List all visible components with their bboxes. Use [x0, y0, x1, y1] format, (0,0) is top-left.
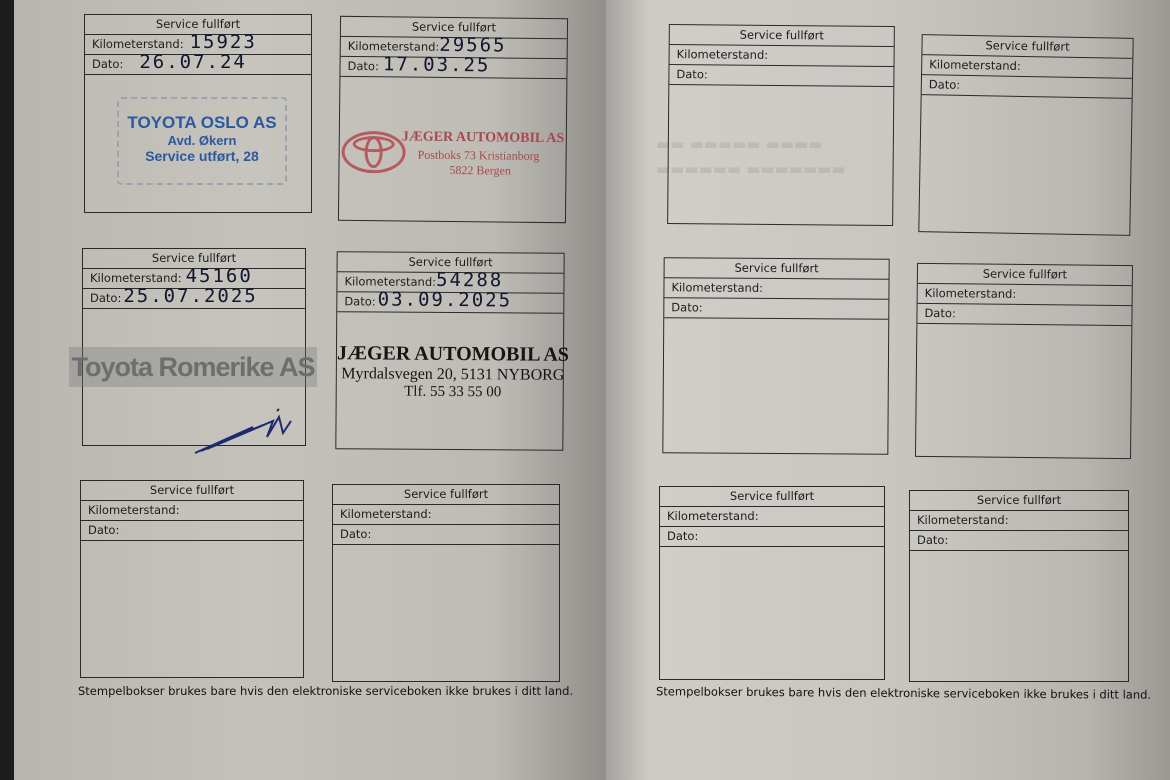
date-row: Dato:03.09.2025 — [337, 292, 563, 314]
km-label: Kilometerstand: — [88, 503, 180, 517]
stamp-line3: Service utført, 28 — [119, 148, 285, 164]
service-box: Service fullført Kilometerstand: Dato: — [915, 263, 1133, 459]
date-label: Dato: — [671, 300, 702, 314]
km-label: Kilometerstand: — [344, 274, 436, 289]
date-label: Dato: — [917, 533, 948, 547]
stamp-line2: Myrdalsvegen 20, 5131 NYBORG — [327, 365, 579, 385]
km-row: Kilometerstand: — [660, 507, 884, 527]
stamp-name: JÆGER AUTOMOBIL AS — [402, 129, 565, 147]
signature — [193, 407, 293, 457]
footer-note: Stempelbokser brukes bare hvis den elekt… — [78, 684, 573, 698]
date-row: Dato:26.07.24 — [85, 55, 311, 75]
stamp-name: TOYOTA OSLO AS — [119, 113, 285, 133]
box-title: Service fullført — [665, 258, 889, 280]
stamp-name: JÆGER AUTOMOBIL AS — [327, 342, 579, 367]
stamp-area — [668, 85, 893, 224]
date-value: 03.09.2025 — [378, 290, 513, 310]
date-label: Dato: — [90, 291, 121, 305]
km-label: Kilometerstand: — [917, 513, 1009, 527]
stamp-area: JÆGER AUTOMOBIL AS Myrdalsvegen 20, 5131… — [336, 312, 563, 449]
km-label: Kilometerstand: — [348, 39, 440, 54]
service-box: Service fullført Kilometerstand: Dato: — [909, 490, 1129, 682]
box-title: Service fullført — [670, 25, 894, 47]
stamp-area: JÆGER AUTOMOBIL AS Postboks 73 Kristianb… — [339, 77, 566, 221]
service-box: Service fullført Kilometerstand: Dato: — [918, 34, 1133, 236]
service-box: Service fullført Kilometerstand: Dato: — [80, 480, 304, 678]
service-box: Service fullført Kilometerstand:15923 Da… — [84, 14, 312, 213]
stamp-line3: Tlf. 55 33 55 00 — [327, 383, 579, 402]
date-label: Dato: — [88, 523, 119, 537]
dealer-stamp: TOYOTA OSLO AS Avd. Økern Service utført… — [117, 97, 287, 185]
box-title: Service fullført — [660, 487, 884, 507]
service-box: Service fullført Kilometerstand:54288 Da… — [335, 251, 564, 451]
date-value: 25.07.2025 — [123, 287, 257, 306]
km-row: Kilometerstand: — [81, 501, 303, 521]
km-label: Kilometerstand: — [671, 280, 763, 295]
date-row: Dato: — [669, 65, 893, 87]
date-row: Dato:17.03.25 — [340, 57, 566, 79]
service-box: Service fullført Kilometerstand: Dato: — [659, 486, 885, 680]
stamp-area — [910, 551, 1128, 680]
dealer-stamp: JÆGER AUTOMOBIL AS Myrdalsvegen 20, 5131… — [327, 342, 579, 402]
service-box: Service fullført Kilometerstand:29565 Da… — [338, 16, 568, 223]
stamp-area — [916, 324, 1131, 457]
date-row: Dato: — [910, 531, 1128, 551]
date-row: Dato: — [81, 521, 303, 541]
date-value: 17.03.25 — [383, 55, 491, 75]
date-label: Dato: — [340, 527, 371, 541]
left-page: Service fullført Kilometerstand:15923 Da… — [14, 0, 614, 780]
km-value: 54288 — [436, 271, 503, 290]
date-label: Dato: — [92, 57, 123, 71]
service-box: Service fullført Kilometerstand: Dato: — [332, 484, 560, 682]
service-box: Service fullført Kilometerstand: Dato: — [667, 24, 895, 226]
service-box: Service fullført Kilometerstand: Dato: — [662, 257, 889, 455]
stamp-line2: Avd. Økern — [119, 133, 285, 148]
date-label: Dato: — [676, 67, 707, 81]
stamp-area — [663, 318, 888, 453]
dealer-stamp: JÆGER AUTOMOBIL AS Postboks 73 Kristianb… — [340, 129, 566, 131]
date-label: Dato: — [929, 77, 961, 92]
stamp-line3: 5822 Bergen — [449, 163, 511, 179]
km-row: Kilometerstand: — [910, 511, 1128, 531]
km-label: Kilometerstand: — [340, 507, 432, 521]
km-value: 15923 — [190, 33, 257, 52]
stamp-area — [919, 95, 1131, 234]
stamp-area — [81, 541, 303, 676]
box-title: Service fullført — [81, 481, 303, 501]
km-value: 29565 — [439, 36, 506, 56]
km-label: Kilometerstand: — [925, 286, 1017, 301]
km-label: Kilometerstand: — [929, 57, 1021, 73]
stamp-area — [333, 545, 559, 680]
stamp-area: Toyota Romerike AS — [83, 309, 305, 444]
km-row: Kilometerstand: — [333, 505, 559, 525]
stamp-area: TOYOTA OSLO AS Avd. Økern Service utført… — [85, 75, 311, 211]
km-row: Kilometerstand: — [918, 284, 1132, 306]
date-label: Dato: — [667, 529, 698, 543]
km-row: Kilometerstand: — [664, 278, 888, 300]
service-box: Service fullført Kilometerstand:45160 Da… — [82, 248, 306, 446]
km-label: Kilometerstand: — [90, 271, 182, 285]
date-label: Dato: — [347, 59, 378, 73]
date-value: 26.07.24 — [139, 53, 247, 72]
date-label: Dato: — [924, 306, 955, 320]
date-row: Dato: — [660, 527, 884, 547]
date-row: Dato:25.07.2025 — [83, 289, 305, 309]
km-label: Kilometerstand: — [677, 47, 769, 62]
km-row: Kilometerstand: — [670, 45, 894, 67]
date-label: Dato: — [344, 294, 375, 308]
footer-note: Stempelbokser brukes bare hvis den elekt… — [656, 684, 1151, 701]
toyota-logo-icon — [341, 131, 405, 174]
box-title: Service fullført — [333, 485, 559, 505]
date-row: Dato: — [917, 304, 1131, 326]
right-page: ▬▬ ▬▬▬▬▬ ▬▬▬▬ ▬▬▬▬▬▬ ▬▬▬▬▬▬▬ Service ful… — [606, 0, 1170, 780]
km-value: 45160 — [186, 267, 253, 286]
date-row: Dato: — [333, 525, 559, 545]
date-row: Dato: — [664, 298, 888, 320]
stamp-line2: Postboks 73 Kristianborg — [418, 148, 540, 164]
km-label: Kilometerstand: — [92, 37, 184, 51]
dealer-stamp: Toyota Romerike AS — [69, 347, 317, 387]
km-label: Kilometerstand: — [667, 509, 759, 523]
box-title: Service fullført — [910, 491, 1128, 511]
box-title: Service fullført — [918, 264, 1132, 286]
stamp-area — [660, 547, 884, 678]
